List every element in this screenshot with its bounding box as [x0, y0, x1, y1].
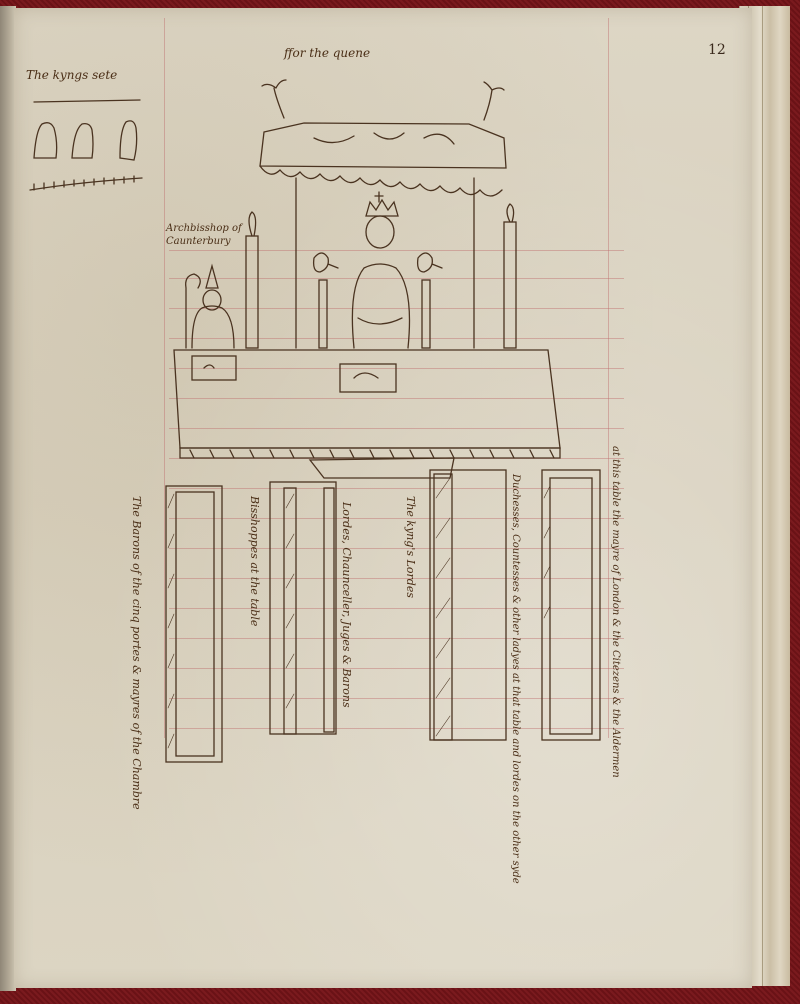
queen-figure [352, 192, 409, 348]
canopy [260, 80, 506, 348]
kings-seat-label: The kyngs sete [26, 68, 117, 82]
pillars [246, 204, 516, 348]
manuscript-page: 12 [14, 8, 752, 988]
barons-label: The Barons of the cinq portes & mayres o… [130, 496, 143, 966]
archbishop-figure [186, 266, 234, 348]
banquet-drawing [14, 8, 752, 988]
kings-seat-sketch [30, 100, 142, 190]
for-the-queen-label: ffor the quene [284, 46, 370, 60]
mayor-label: at this table the mayre of London & the … [610, 446, 621, 846]
archbishop-label: Archbisshop of Caunterbury [166, 222, 256, 248]
lower-tables [166, 470, 600, 762]
duchesses-label: Duchesses, Countesses & other ladyes at … [510, 474, 521, 974]
table-hatching [168, 478, 550, 748]
bishops-label: Bisshoppes at the table [248, 496, 261, 696]
high-table [174, 350, 560, 478]
lords-label: Lordes, Chaunceller, Juges & Barons [340, 502, 353, 772]
the-kings-lords-label: The kyng's Lordes [404, 496, 417, 616]
